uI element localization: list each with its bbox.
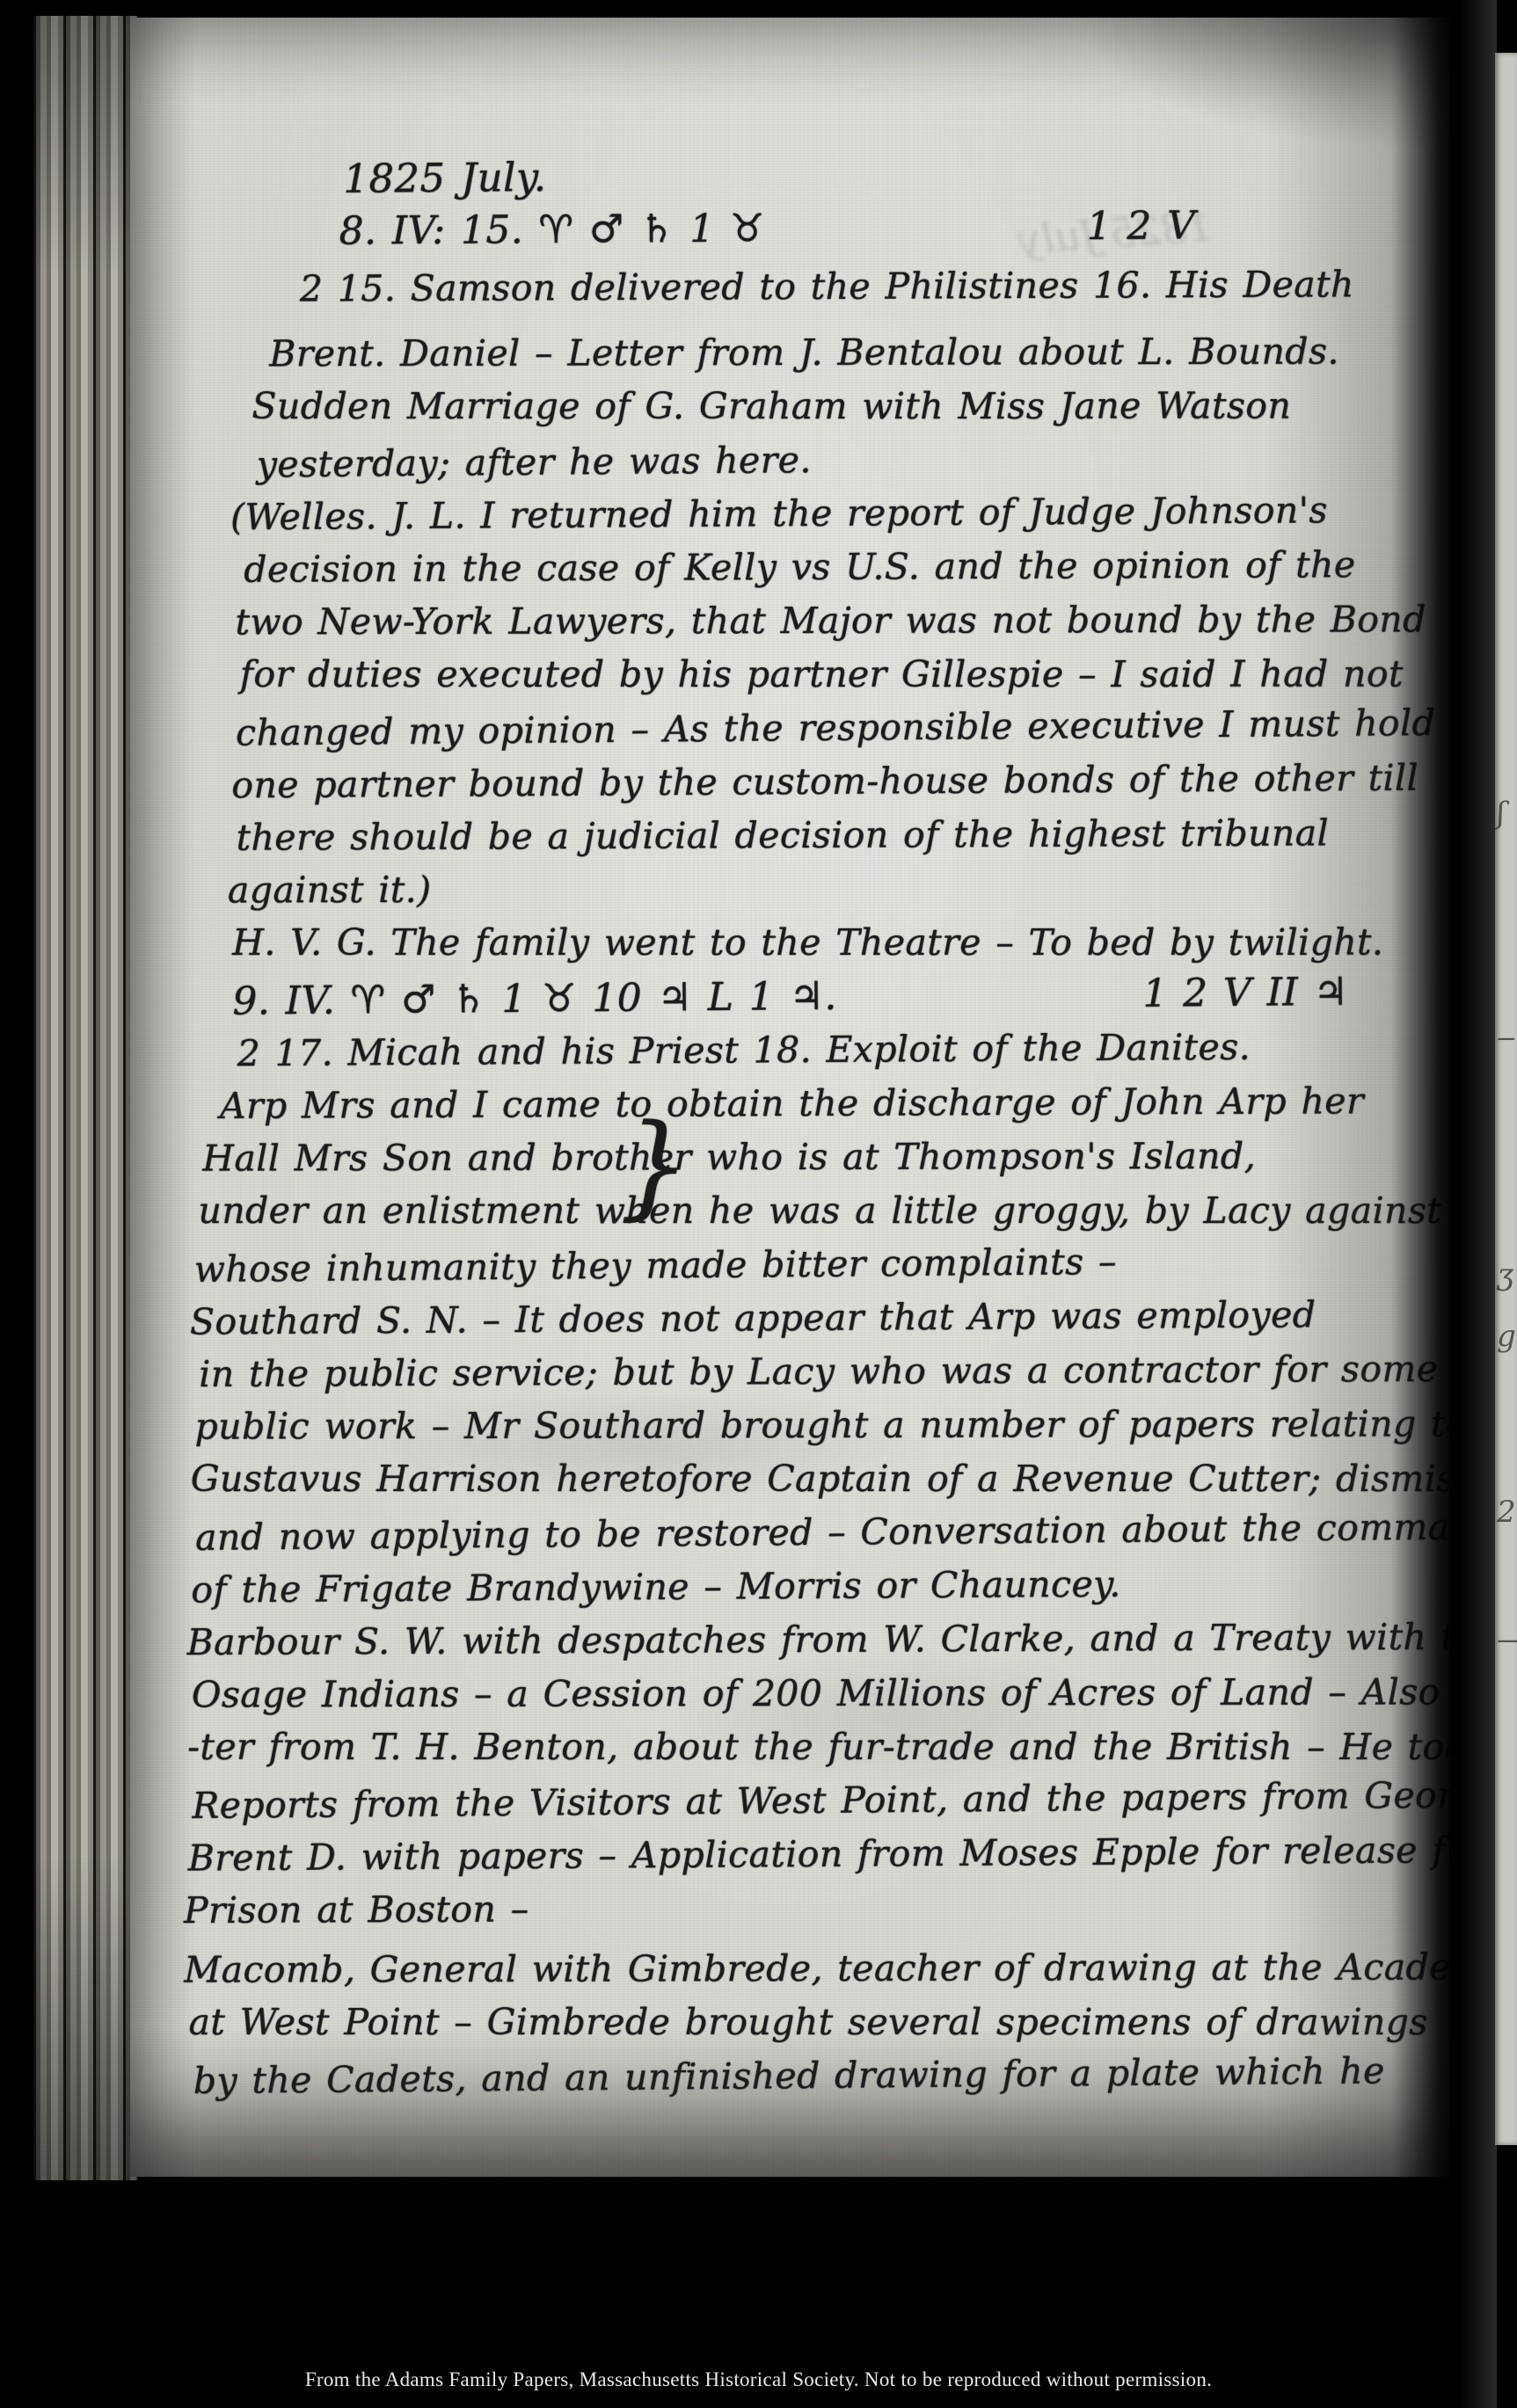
manuscript-line-text: one partner bound by the custom-house bo… [231, 756, 1419, 806]
manuscript-line-right-fragment: 1 2 V [1086, 199, 1195, 253]
manuscript-line-text: Prison at Boston – [184, 1888, 529, 1931]
manuscript-line: Arp Mrs and I came to obtain the dischar… [220, 1074, 1411, 1133]
manuscript-line: and now applying to be restored – Conver… [195, 1501, 1413, 1565]
manuscript-line: of the Frigate Brandywine – Morris or Ch… [191, 1555, 1413, 1617]
manuscript-line: two New-York Lawyers, that Major was not… [235, 593, 1409, 649]
manuscript-line: -ter from T. H. Benton, about the fur-tr… [187, 1721, 1414, 1774]
manuscript-line: Gustavus Harrison heretofore Captain of … [191, 1452, 1413, 1506]
manuscript-line-text: Barbour S. W. with despatches from W. Cl… [186, 1615, 1501, 1663]
manuscript-line-text: decision in the case of Kelly vs U.S. an… [244, 543, 1355, 591]
manuscript-line-text: Brent. Daniel – Letter from J. Bentalou … [269, 330, 1339, 375]
manuscript-line-text: by the Cadets, and an unfinished drawing… [193, 2049, 1385, 2102]
manuscript-line: Macomb, General with Gimbrede, teacher o… [184, 1940, 1415, 1997]
manuscript-line: 8. IV: 15. ♈ ♂ ♄ 1 ♉1 2 V [339, 198, 1407, 258]
manuscript-line-text: (Welles. J. L. I returned him the report… [230, 489, 1328, 538]
manuscript-line-text: Sudden Marriage of G. Graham with Miss J… [252, 385, 1291, 427]
manuscript-line: Barbour S. W. with despatches from W. Cl… [186, 1611, 1413, 1670]
manuscript-line: Brent D. with papers – Application from … [187, 1823, 1414, 1885]
manuscript-line: Southard S. N. – It does not appear that… [190, 1287, 1412, 1349]
manuscript-line: Prison at Boston – [184, 1879, 1415, 1938]
manuscript-line: Brent. Daniel – Letter from J. Bentalou … [269, 324, 1408, 381]
manuscript-line: by the Cadets, and an unfinished drawing… [193, 2044, 1415, 2108]
brace-glyph: } [619, 1101, 690, 1232]
facing-page-mark: — [1497, 1622, 1517, 1657]
manuscript-line: changed my opinion – As the responsible … [236, 696, 1410, 760]
handwritten-text: 1825 July.8. IV: 15. ♈ ♂ ♄ 1 ♉1 2 V2 15.… [167, 145, 1416, 2106]
manuscript-line-text: -ter from T. H. Benton, about the fur-tr… [187, 1726, 1517, 1768]
manuscript-line-text: two New-York Lawyers, that Major was not… [235, 598, 1426, 643]
manuscript-line: under an enlistment when he was a little… [198, 1184, 1411, 1238]
manuscript-line: (Welles. J. L. I returned him the report… [230, 484, 1409, 545]
manuscript-line-text: Reports from the Visitors at West Point,… [192, 1773, 1512, 1827]
manuscript-line: public work – Mr Southard brought a numb… [194, 1397, 1412, 1453]
manuscript-line-text: Brent D. with papers – Application from … [187, 1829, 1517, 1880]
facing-page-mark: g [1497, 1319, 1516, 1354]
manuscript-line: 2 17. Micah and his Priest 18. Exploit o… [237, 1020, 1411, 1081]
manuscript-line-text: Gustavus Harrison heretofore Captain of … [191, 1458, 1517, 1500]
manuscript-line-text: Macomb, General with Gimbrede, teacher o… [184, 1946, 1506, 1990]
manuscript-line-text: 9. IV. ♈ ♂ ♄ 1 ♉ 10 ♃ L 1 ♃. [232, 974, 837, 1024]
manuscript-line: H. V. G. The family went to the Theatre … [232, 916, 1411, 970]
manuscript-line: 9. IV. ♈ ♂ ♄ 1 ♉ 10 ♃ L 1 ♃.1 2 V II ♃ [232, 964, 1411, 1028]
manuscript-line: 1825 July. [343, 142, 1407, 205]
manuscript-line-text: of the Frigate Brandywine – Morris or Ch… [191, 1563, 1121, 1611]
manuscript-line-text: Hall Mrs Son and brother who is at Thomp… [202, 1135, 1256, 1180]
manuscript-line-text: 1825 July. [343, 154, 546, 202]
facing-page-mark: ʒ [1497, 1257, 1513, 1292]
manuscript-line: decision in the case of Kelly vs U.S. an… [244, 538, 1409, 597]
manuscript-line-text: under an enlistment when he was a little… [198, 1189, 1441, 1232]
archive-caption: From the Adams Family Papers, Massachuse… [0, 2368, 1517, 2391]
manuscript-line-text: there should be a judicial decision of t… [236, 811, 1329, 858]
manuscript-line-text: 8. IV: 15. ♈ ♂ ♄ 1 ♉ [339, 206, 765, 253]
manuscript-line-text: public work – Mr Southard brought a numb… [194, 1402, 1468, 1447]
manuscript-line-text: against it.) [228, 869, 432, 912]
manuscript-line-text: Southard S. N. – It does not appear that… [190, 1293, 1316, 1342]
manuscript-line-right-fragment: 1 2 V II ♃ [1142, 965, 1348, 1021]
manuscript-line-text: Osage Indians – a Cession of 200 Million… [192, 1670, 1517, 1716]
page-gutter-shadow [1391, 0, 1497, 2408]
manuscript-line-text: 2 15. Samson delivered to the Philistine… [300, 263, 1354, 309]
manuscript-line-text: changed my opinion – As the responsible … [236, 702, 1436, 754]
manuscript-line-text: 2 17. Micah and his Priest 18. Exploit o… [237, 1026, 1251, 1074]
manuscript-line-text: at West Point – Gimbrede brought several… [188, 2001, 1427, 2043]
manuscript-line: Hall Mrs Son and brother who is at Thomp… [202, 1129, 1411, 1185]
facing-page-sliver: ʃ‒ʒg2— [1495, 53, 1517, 2145]
manuscript-line: Sudden Marriage of G. Graham with Miss J… [252, 380, 1408, 433]
manuscript-line: yesterday; after he was here. [256, 428, 1408, 491]
facing-page-mark: ‒ [1497, 1020, 1516, 1055]
manuscript-line-text: whose inhumanity they made bitter compla… [194, 1240, 1117, 1291]
manuscript-line: against it.) [228, 861, 1411, 917]
manuscript-line: at West Point – Gimbrede brought several… [188, 1996, 1415, 2049]
manuscript-line-text: and now applying to be restored – Conver… [195, 1505, 1497, 1559]
manuscript-line-text: for duties executed by his partner Gille… [240, 653, 1404, 695]
book-spine-edge [33, 16, 137, 2180]
manuscript-line-text: yesterday; after he was here. [257, 439, 812, 485]
manuscript-line: Reports from the Visitors at West Point,… [192, 1769, 1414, 1833]
manuscript-line: for duties executed by his partner Gille… [240, 648, 1410, 702]
facing-page-mark: 2 [1497, 1495, 1516, 1530]
manuscript-line: one partner bound by the custom-house bo… [231, 752, 1410, 813]
manuscript-line: there should be a judicial decision of t… [236, 806, 1410, 865]
diary-page: 1825 July 1825 July.8. IV: 15. ♈ ♂ ♄ 1 ♉… [130, 18, 1449, 2177]
manuscript-line-text: Arp Mrs and I came to obtain the dischar… [220, 1080, 1364, 1127]
manuscript-line: in the public service; but by Lacy who w… [199, 1342, 1412, 1401]
manuscript-photo: 1825 July 1825 July.8. IV: 15. ♈ ♂ ♄ 1 ♉… [0, 0, 1517, 2408]
manuscript-line-text: in the public service; but by Lacy who w… [199, 1348, 1438, 1395]
manuscript-line-text: H. V. G. The family went to the Theatre … [232, 921, 1383, 964]
manuscript-line: Osage Indians – a Cession of 200 Million… [192, 1665, 1414, 1721]
manuscript-line: 2 15. Samson delivered to the Philistine… [300, 258, 1408, 316]
facing-page-mark: ʃ [1497, 796, 1505, 831]
manuscript-line: whose inhumanity they made bitter compla… [193, 1233, 1411, 1297]
